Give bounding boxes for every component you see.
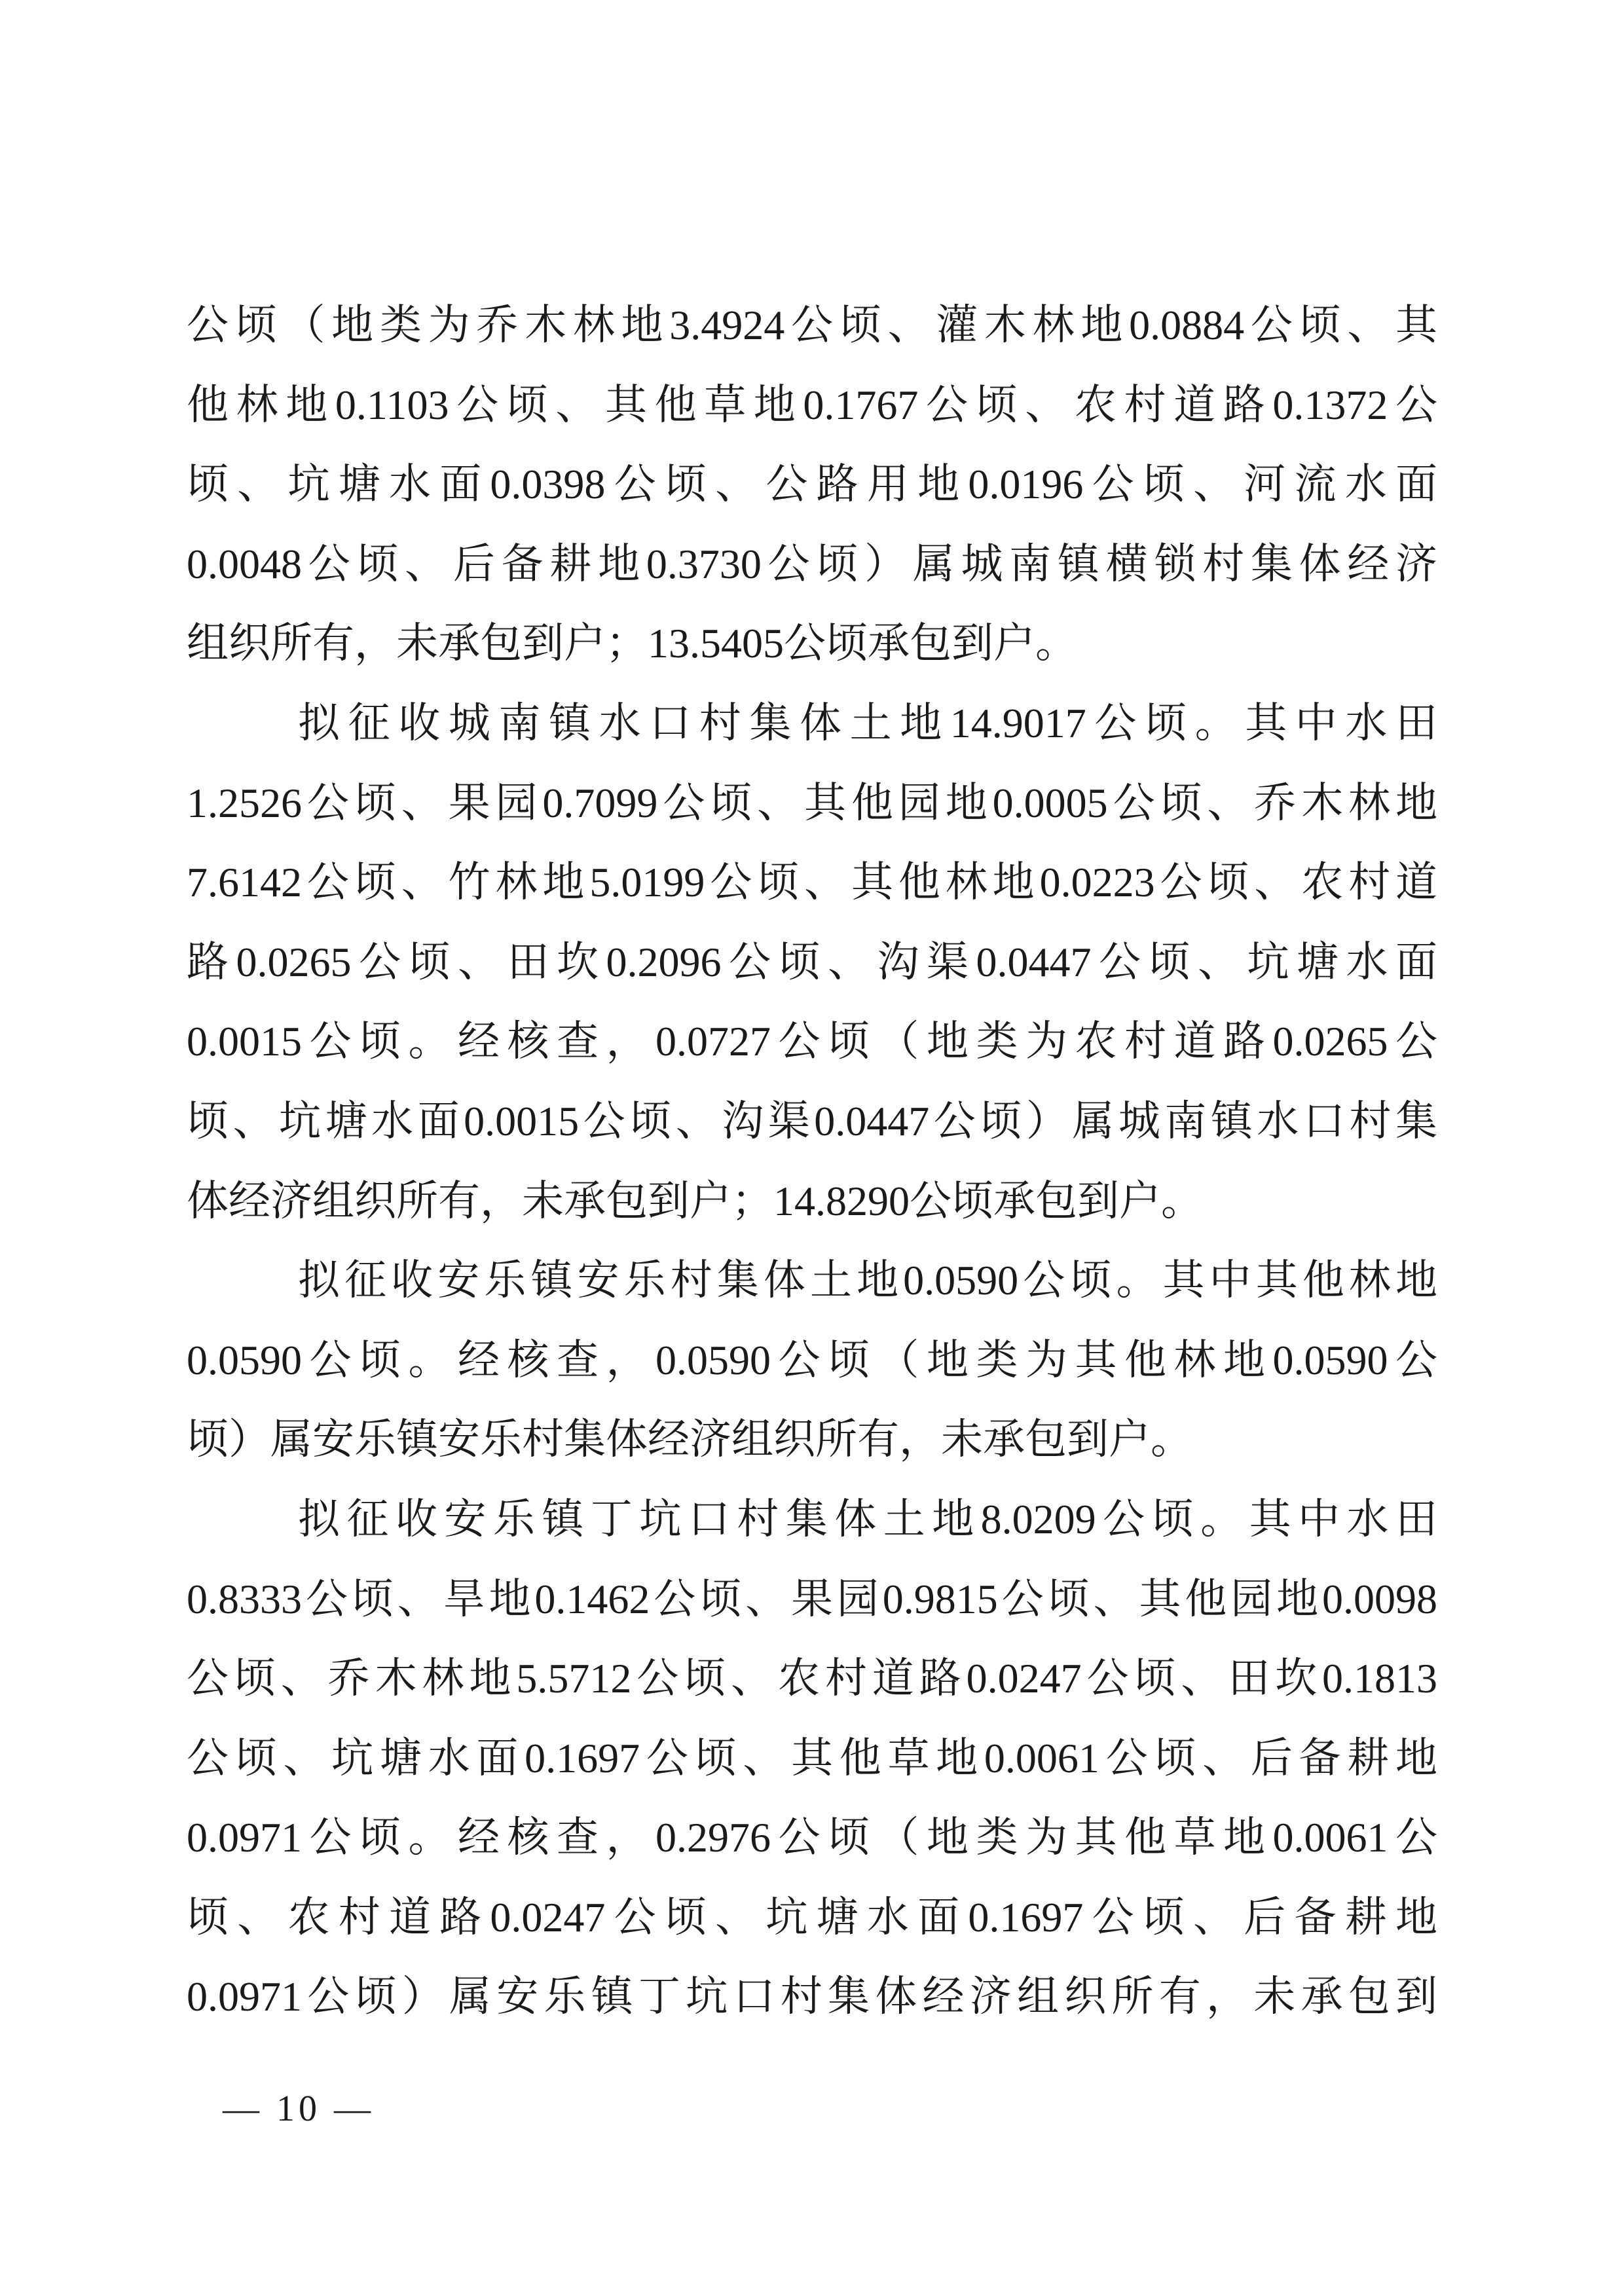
text-line: 0.0971公顷）属安乐镇丁坑口村集体经济组织所有，未承包到 — [187, 1957, 1437, 2037]
text-line: 公顷、坑塘水面0.1697公顷、其他草地0.0061公顷、后备耕地 — [187, 1719, 1437, 1798]
text-line: 顷、坑塘水面0.0398公顷、公路用地0.0196公顷、河流水面 — [187, 445, 1437, 524]
text-line: 1.2526公顷、果园0.7099公顷、其他园地0.0005公顷、乔木林地 — [187, 763, 1437, 843]
text-line: 公顷（地类为乔木林地3.4924公顷、灌木林地0.0884公顷、其 — [187, 285, 1437, 365]
text-line: 拟征收安乐镇丁坑口村集体土地8.0209公顷。其中水田 — [187, 1480, 1437, 1559]
text-line: 顷、农村道路0.0247公顷、坑塘水面0.1697公顷、后备耕地 — [187, 1878, 1437, 1958]
text-line: 0.0015公顷。经核查，0.0727公顷（地类为农村道路0.0265公 — [187, 1002, 1437, 1082]
text-line: 0.0971公顷。经核查，0.2976公顷（地类为其他草地0.0061公 — [187, 1798, 1437, 1878]
text-line: 拟征收安乐镇安乐村集体土地0.0590公顷。其中其他林地 — [187, 1241, 1437, 1321]
body-text: 公顷（地类为乔木林地3.4924公顷、灌木林地0.0884公顷、其他林地0.11… — [187, 285, 1437, 2037]
text-line: 公顷、乔木林地5.5712公顷、农村道路0.0247公顷、田坎0.1813 — [187, 1639, 1437, 1719]
text-line: 顷、坑塘水面0.0015公顷、沟渠0.0447公顷）属城南镇水口村集 — [187, 1082, 1437, 1161]
text-line: 0.0048公顷、后备耕地0.3730公顷）属城南镇横锁村集体经济 — [187, 524, 1437, 604]
text-line: 组织所有，未承包到户；13.5405公顷承包到户。 — [187, 604, 1437, 683]
text-line: 体经济组织所有，未承包到户；14.8290公顷承包到户。 — [187, 1161, 1437, 1241]
text-line: 0.0590公顷。经核查，0.0590公顷（地类为其他林地0.0590公 — [187, 1321, 1437, 1400]
text-line: 路0.0265公顷、田坎0.2096公顷、沟渠0.0447公顷、坑塘水面 — [187, 922, 1437, 1002]
text-line: 他林地0.1103公顷、其他草地0.1767公顷、农村道路0.1372公 — [187, 365, 1437, 445]
page-number: — 10 — — [223, 2086, 375, 2132]
text-line: 7.6142公顷、竹林地5.0199公顷、其他林地0.0223公顷、农村道 — [187, 843, 1437, 922]
text-line: 拟征收城南镇水口村集体土地14.9017公顷。其中水田 — [187, 683, 1437, 763]
text-line: 顷）属安乐镇安乐村集体经济组织所有，未承包到户。 — [187, 1400, 1437, 1480]
document-page: 公顷（地类为乔木林地3.4924公顷、灌木林地0.0884公顷、其他林地0.11… — [0, 0, 1624, 2296]
text-line: 0.8333公顷、旱地0.1462公顷、果园0.9815公顷、其他园地0.009… — [187, 1559, 1437, 1639]
